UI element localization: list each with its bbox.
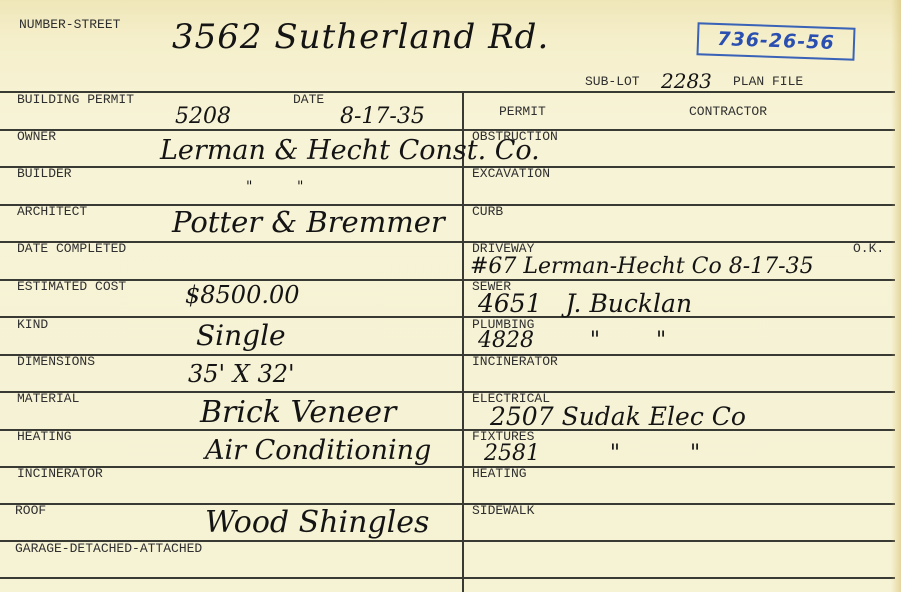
rule (0, 241, 895, 243)
material-value: Brick Veneer (200, 398, 396, 428)
driveway-value: #67 Lerman-Hecht Co 8-17-35 (470, 256, 814, 278)
heating-label: HEATING (17, 430, 72, 444)
plan-file-label: PLAN FILE (733, 75, 803, 89)
rule (0, 354, 895, 356)
architect-value: Potter & Bremmer (172, 208, 445, 237)
rule (0, 316, 895, 318)
architect-label: ARCHITECT (17, 205, 87, 219)
rule (0, 166, 895, 168)
material-label: MATERIAL (17, 392, 79, 406)
heating-permit-label: HEATING (472, 467, 527, 481)
sub-lot-value: 2283 (661, 71, 712, 91)
excavation-label: EXCAVATION (472, 167, 550, 181)
builder-label: BUILDER (17, 167, 72, 181)
column-divider (462, 91, 464, 592)
rule (0, 577, 895, 579)
kind-value: Single (196, 322, 286, 350)
rule (0, 391, 895, 393)
sidewalk-label: SIDEWALK (472, 504, 534, 518)
driveway-ok-status: O.K. (853, 242, 884, 256)
dimensions-value: 35' X 32' (188, 362, 295, 386)
date-label: DATE (293, 93, 324, 107)
building-permit-value: 5208 (175, 106, 231, 128)
roof-value: Wood Shingles (205, 508, 429, 538)
owner-label: OWNER (17, 130, 56, 144)
number-street-label: NUMBER-STREET (19, 18, 120, 32)
stamp-number: 736-26-56 (696, 22, 855, 60)
electrical-value: 2507 Sudak Elec Co (490, 404, 746, 429)
date-value: 8-17-35 (340, 106, 425, 128)
rule (0, 503, 895, 505)
incinerator-label: INCINERATOR (17, 467, 103, 481)
rule (0, 91, 895, 93)
dimensions-label: DIMENSIONS (17, 355, 95, 369)
estimated-cost-label: ESTIMATED COST (17, 280, 126, 294)
sub-lot-label: SUB-LOT (585, 75, 640, 89)
contractor-column-header: CONTRACTOR (689, 105, 767, 119)
building-permit-card: NUMBER-STREET 3562 Sutherland Rd. 736-26… (0, 0, 901, 592)
curb-label: CURB (472, 205, 503, 219)
rule (0, 466, 895, 468)
rule (0, 129, 895, 131)
obstruction-label: OBSTRUCTION (472, 130, 558, 144)
incinerator-permit-label: INCINERATOR (472, 355, 558, 369)
rule (0, 279, 895, 281)
garage-label: GARAGE-DETACHED-ATTACHED (15, 542, 202, 556)
permit-column-header: PERMIT (499, 105, 546, 119)
estimated-cost-value: $8500.00 (185, 283, 300, 307)
date-completed-label: DATE COMPLETED (17, 242, 126, 256)
heating-value: Air Conditioning (205, 437, 431, 464)
sewer-value: 4651 J. Bucklan (478, 291, 692, 316)
building-permit-label: BUILDING PERMIT (17, 93, 134, 107)
builder-value: " " (246, 180, 303, 194)
rule (0, 429, 895, 431)
number-street-value: 3562 Sutherland Rd. (172, 20, 549, 54)
plumbing-value: 4828 " " (478, 330, 666, 352)
kind-label: KIND (17, 318, 48, 332)
fixtures-value: 2581 " " (484, 443, 700, 465)
rule (0, 204, 895, 206)
roof-label: ROOF (15, 504, 46, 518)
